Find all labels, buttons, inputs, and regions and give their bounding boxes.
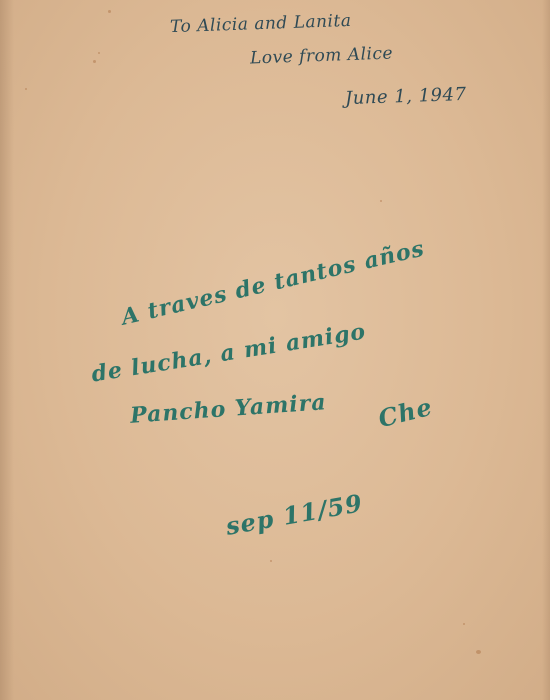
foxing-speck (98, 52, 100, 54)
inscription-line-from: Love from Alice (250, 44, 394, 69)
signature: Che (375, 392, 435, 433)
page-edge-shadow-right (542, 0, 550, 700)
foxing-speck (25, 88, 27, 90)
inscription-line-3: Pancho Yamira (129, 389, 327, 429)
foxing-speck (380, 200, 382, 202)
inscription-date: June 1, 1947 (345, 84, 467, 109)
foxing-speck (463, 623, 465, 625)
foxing-speck (93, 60, 96, 63)
page-edge-shadow-left (0, 0, 14, 700)
foxing-speck (108, 10, 111, 13)
foxing-speck (270, 560, 272, 562)
foxing-speck (476, 650, 481, 654)
inscription-date-2: sep 11/59 (224, 488, 365, 541)
inscription-line-1: A traves de tantos años (119, 235, 427, 330)
inscription-line-recipients: To Alicia and Lanita (170, 11, 352, 37)
document-page: To Alicia and Lanita Love from Alice Jun… (0, 0, 550, 700)
